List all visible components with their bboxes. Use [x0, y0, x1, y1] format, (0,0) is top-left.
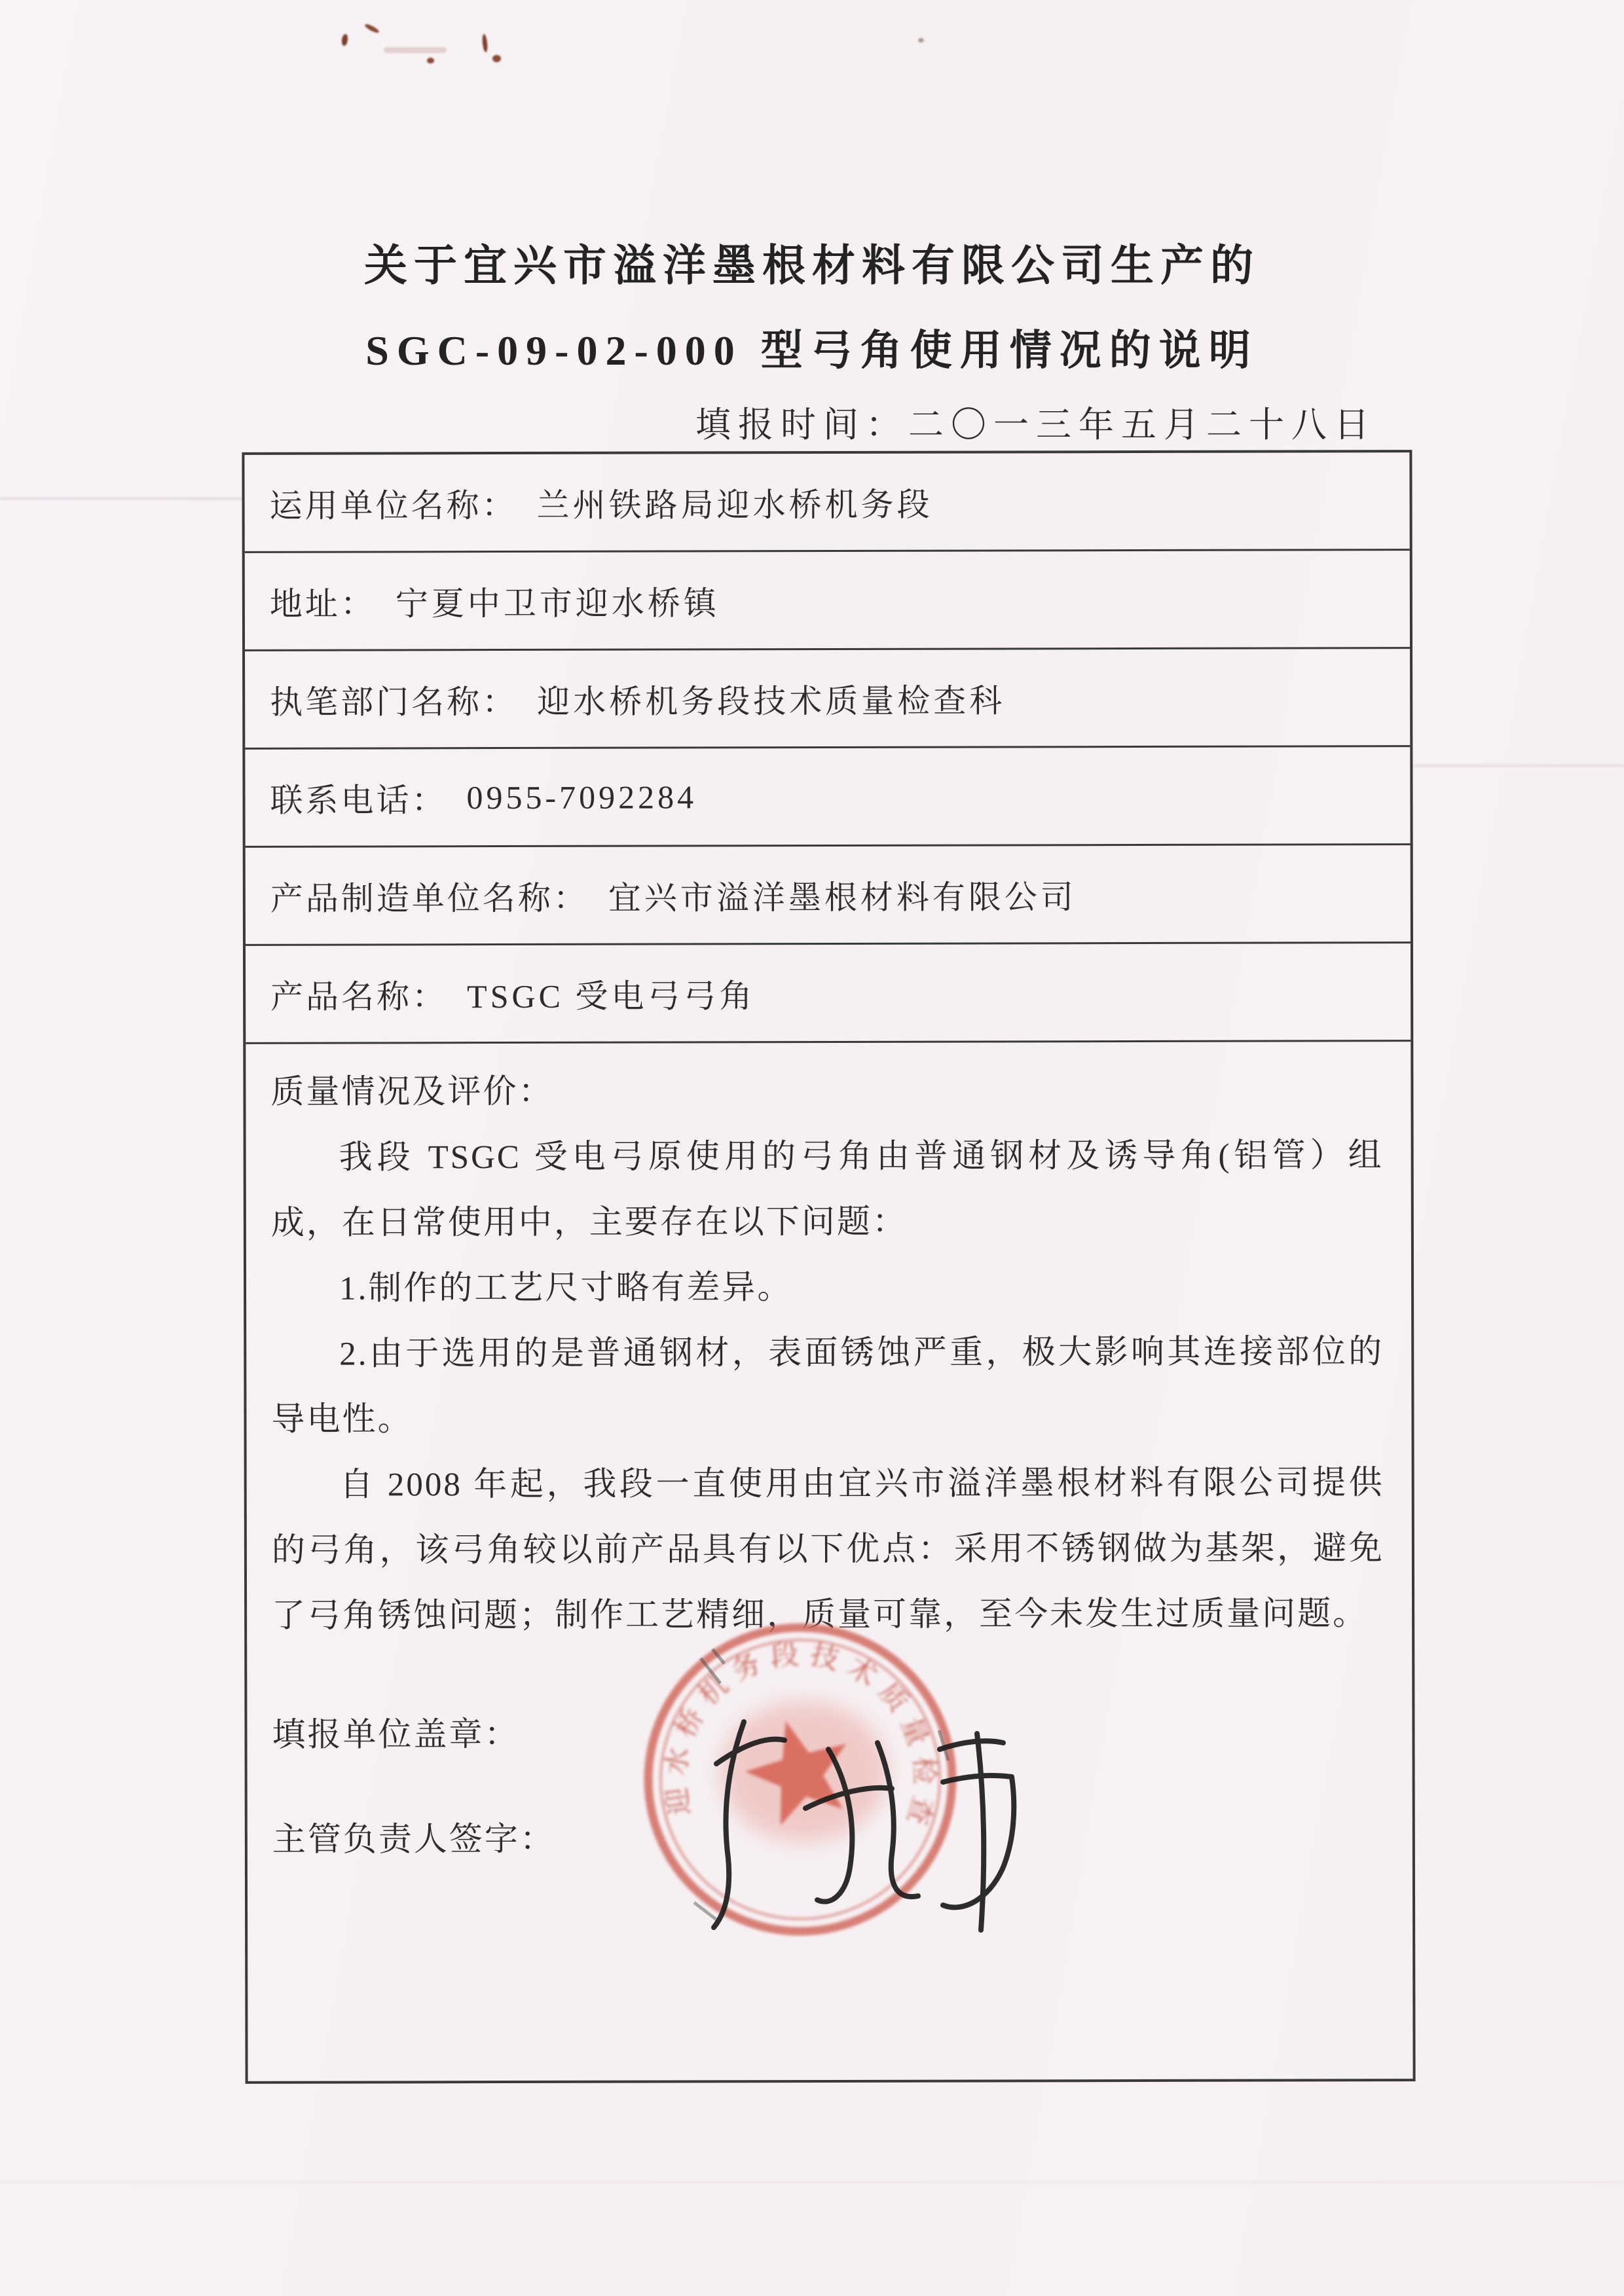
quality-paragraph: 1.制作的工艺尺寸略有差异。: [271, 1254, 1384, 1322]
ink-speck: [918, 38, 924, 43]
paper-crease: [0, 498, 244, 500]
table-row-product-name: 产品名称： TSGC 受电弓弓角: [246, 943, 1411, 1044]
row-label: 地址：: [270, 577, 376, 625]
ink-speck: [427, 58, 434, 64]
ink-speck: [482, 34, 489, 53]
row-label: 产品制造单位名称：: [270, 871, 589, 919]
row-label: 运用单位名称：: [269, 479, 517, 526]
row-label: 联系电话：: [270, 774, 447, 822]
scanned-document-page: 关于宜兴市溢洋墨根材料有限公司生产的 SGC-09-02-000 型弓角使用情况…: [0, 0, 1624, 2296]
ink-speck: [492, 55, 501, 62]
quality-heading: 质量情况及评价：: [270, 1057, 1383, 1125]
row-value: 兰州铁路局迎水桥机务段: [536, 478, 932, 526]
table-row-writing-department: 执笔部门名称： 迎水桥机务段技术质量检查科: [245, 649, 1410, 750]
row-value: 0955-7092284: [466, 778, 697, 816]
signature-stroke: [940, 1741, 1003, 1749]
table-row-phone: 联系电话： 0955-7092284: [245, 747, 1410, 848]
row-label: 执笔部门名称：: [270, 675, 517, 723]
quality-paragraph: 我段 TSGC 受电弓原使用的弓角由普通钢材及诱导角(铝管）组成，在日常使用中，…: [271, 1123, 1384, 1256]
paper-crease: [0, 2181, 1624, 2183]
ink-speck: [341, 33, 348, 46]
signature-stroke: [943, 1776, 1014, 1907]
signature-stroke: [877, 1743, 918, 1897]
quality-paragraph: 2.由于选用的是普通钢材，表面锈蚀严重，极大影响其连接部位的导电性。: [271, 1319, 1384, 1453]
report-date: 填报时间：二〇一三年五月二十八日: [695, 397, 1376, 447]
signature-stroke: [716, 1740, 784, 1764]
ink-speck: [364, 23, 380, 34]
row-label: 产品名称：: [270, 970, 447, 1018]
table-row-address: 地址： 宁夏中卫市迎水桥镇: [245, 551, 1410, 651]
document-title-line2: SGC-09-02-000 型弓角使用情况的说明: [0, 317, 1624, 377]
handwritten-signature: [681, 1671, 1048, 1959]
row-value: TSGC 受电弓弓角: [467, 970, 755, 1017]
table-row-operating-unit: 运用单位名称： 兰州铁路局迎水桥机务段: [244, 452, 1409, 553]
table-row-manufacturer: 产品制造单位名称： 宜兴市溢洋墨根材料有限公司: [246, 845, 1411, 946]
document-title-line1: 关于宜兴市溢洋墨根材料有限公司生产的: [0, 230, 1624, 293]
paper-crease: [1414, 765, 1624, 767]
row-value: 宜兴市溢洋墨根材料有限公司: [608, 871, 1077, 919]
row-value: 迎水桥机务段技术质量检查科: [537, 674, 1005, 722]
signature-stroke: [817, 1749, 852, 1902]
ink-smear: [384, 47, 447, 53]
row-value: 宁夏中卫市迎水桥镇: [396, 577, 720, 625]
